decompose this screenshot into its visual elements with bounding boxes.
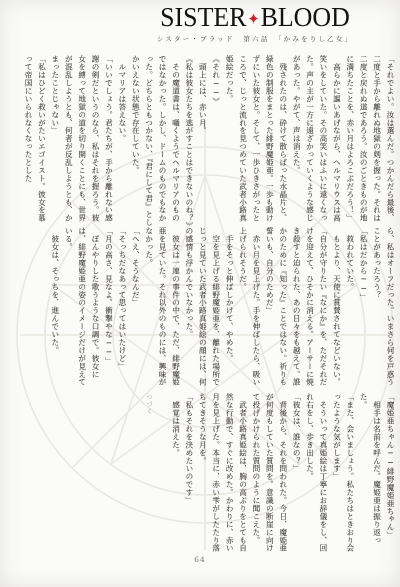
paragraph: 頭上には、赤い月。 bbox=[196, 55, 209, 227]
paragraph: 手をそっと伸ばしかけて、やめた。 bbox=[223, 227, 236, 393]
continued-marker: つづく bbox=[144, 394, 153, 415]
paragraph: 感覚は消えた。 bbox=[169, 393, 182, 555]
paragraph: 「自分が守りたい『なにか』を、ただそれだけを迎えて、ひそかに消える。アーサーに焼… bbox=[263, 227, 330, 393]
paragraph: 「いいでしょう。君たちが、手から離れない感謝の剣だというのなら、私はそれを握ろう… bbox=[48, 55, 115, 227]
paragraph: ら、私はオーフだった。いまさら何を戸惑うことがあったろう？ bbox=[370, 227, 397, 393]
paragraph: 「私もそれを決めたいのです」 bbox=[183, 393, 196, 555]
star-icon: ✦ bbox=[248, 12, 260, 28]
series-logo: SISTER✦BLOOD bbox=[123, 3, 386, 34]
text-tier-2: ら、私はオーフだった。いまさら何を戸惑うことがあったろう？「私はだから──」 救… bbox=[20, 227, 397, 393]
novel-page: SISTER✦BLOOD シスター・ブラッド 第六話 「かみをりし乙女」 「それ… bbox=[0, 0, 400, 587]
paragraph: 救われていた。 bbox=[343, 227, 356, 393]
paragraph: 「それでよい。汝は選んだ。つかんだら最後、二度と手から離れぬ地獄の剣を握った。そ… bbox=[343, 55, 397, 227]
paragraph: もとより、天使に賞賛されてなどいない。 bbox=[330, 227, 343, 393]
paragraph: 「魔姫亜ちゃん──緋野魔姫亜ちゃん」 bbox=[384, 393, 397, 555]
logo-text-right: BLOOD bbox=[261, 2, 350, 32]
paragraph: 背後から、それを問われた。今日、魔姫亜が何度もしていた質問を。意識の断崖に向けて… bbox=[250, 393, 290, 555]
paragraph: ぼんやりした歌うような口調で。彼女には、緋野魔姫亜の姿のイメージだけが見えている… bbox=[62, 227, 102, 393]
paragraph: 「月の高さ、見なよ。衝撃やな──」 bbox=[102, 227, 115, 393]
paragraph: 残されたのは、砕けて散らばった水晶片と、緑色の制服をまとった緋野魔姫亜。一歩も動… bbox=[223, 55, 290, 227]
paragraph: 高らかに謳いあげながら、ヘルマリウスは高笑いをしていた。その高笑いはふいに遠くな… bbox=[290, 55, 344, 227]
paragraph: 相手は名前を呼んだ。魔姫亜は振り返った。 bbox=[357, 393, 384, 555]
chapter-subtitle: シスター・ブラッド 第六話 「かみをりし乙女」 bbox=[118, 34, 392, 43]
paragraph: 《私は彼女たちを逃がすことはできないのね？》 bbox=[183, 55, 196, 227]
logo-text-left: SISTER bbox=[160, 2, 246, 32]
paragraph: ルマリアは答えない。 bbox=[115, 55, 128, 227]
paragraph: 「私はだから──」 bbox=[357, 227, 370, 393]
chapter-header: SISTER✦BLOOD シスター・ブラッド 第六話 「かみをりし乙女」 bbox=[118, 3, 392, 43]
text-tier-3: 「魔姫亜ちゃん──緋野魔姫亜ちゃん」 相手は名前を呼んだ。魔姫亜は振り返った。「… bbox=[20, 393, 397, 555]
paragraph: そういって真姫絵は丁寧にお辞儀をし、回れ右をし、歩き出した。 bbox=[303, 393, 330, 555]
paragraph: 「そっちだなあって思ってはいたけど」 bbox=[115, 227, 128, 393]
text-tier-1: 「それでよい。汝は選んだ。つかんだら最後、二度と手から離れぬ地獄の剣を握った。そ… bbox=[20, 55, 397, 227]
paragraph: 「私はひどく救いがたいエゴイスト。彼女を慕って帝国にいられなくなったとした bbox=[22, 55, 49, 227]
paragraph: 赤い月を見上げた。手を伸ばしたら、吸い上げられそうだ。 bbox=[236, 227, 263, 393]
paragraph: 空を見上げる緋野魔姫亜を、離れた場所でじっと見ていた武者小路真姫絵の顔には、何の… bbox=[183, 227, 223, 393]
paragraph: 「また、会いましょう。私たちはときおり会ったような気がします」 bbox=[330, 393, 357, 555]
paragraph: 「へえ、そうなんだ」 bbox=[129, 227, 142, 393]
paragraph: その魔道書は、囁くようでヘルマリアのものではなかった。しかし、ドームのものでもな… bbox=[129, 55, 183, 227]
paragraph: 彼女は一連の事件の中で、ただ、緋野魔姫亜を見ていた。それ以外のものには、興味がな… bbox=[142, 227, 182, 393]
paragraph: 武者小路真姫絵は、胸の高ぶりをとても自然な行動で、すぐに改めた。かわりに、赤い月… bbox=[196, 393, 250, 555]
page-number: 64 bbox=[0, 555, 400, 564]
paragraph: 彼女は、そっちを、進んでいた。 bbox=[48, 227, 61, 393]
paragraph: 《それ──》 bbox=[209, 55, 222, 227]
paragraph: 「彼女は、誰なの？」 bbox=[290, 393, 303, 555]
